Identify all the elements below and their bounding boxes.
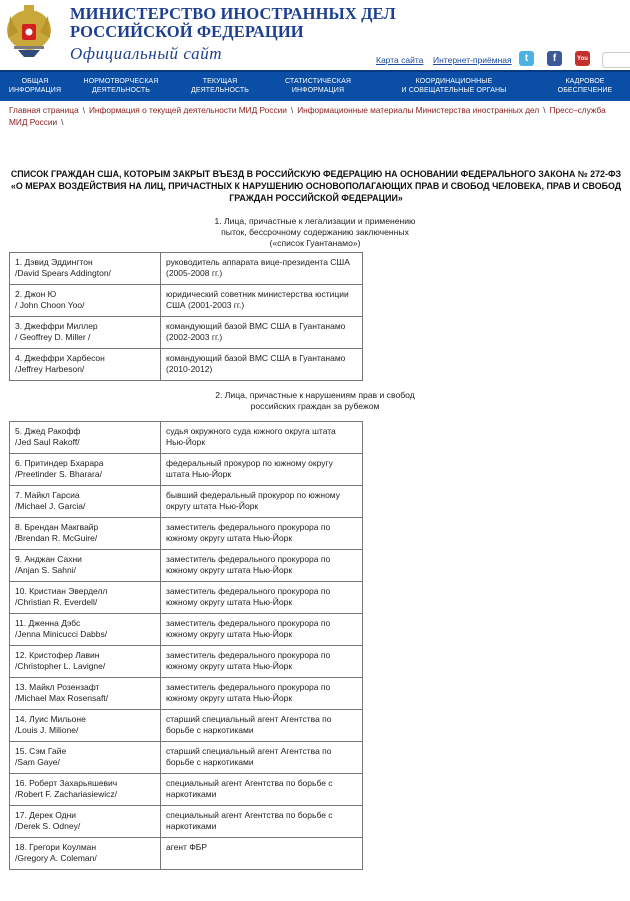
ministry-title[interactable]: МИНИСТЕРСТВО ИНОСТРАННЫХ ДЕЛ РОССИЙСКОЙ … [70,5,396,41]
youtube-icon[interactable]: You [575,51,590,66]
person-name-en: / Geoffrey D. Miller / [15,332,155,343]
person-position-cell: агент ФБР [161,838,363,870]
table-row: 16. Роберт Захарьяшевич/Robert F. Zachar… [10,774,363,806]
person-position-cell: заместитель федерального прокурора по юж… [161,518,363,550]
person-name-en: /Michael J. Garcia/ [15,501,155,512]
person-name-cell: 10. Кристиан Эверделл/Christian R. Everd… [10,582,161,614]
table-row: 8. Брендан Макгвайр/Brendan R. McGuire/з… [10,518,363,550]
main-navigation: ОБЩАЯИНФОРМАЦИЯ НОРМОТВОРЧЕСКАЯДЕЯТЕЛЬНО… [0,70,630,101]
breadcrumb-separator: \ [57,117,67,127]
person-name-en: /Anjan S. Sahni/ [15,565,155,576]
search-input[interactable] [602,52,630,68]
person-position-cell: заместитель федерального прокурора по юж… [161,550,363,582]
person-name-en: /Christian R. Everdell/ [15,597,155,608]
person-name-en: /Jed Saul Rakoff/ [15,437,155,448]
section-1-title: 1. Лица, причастные к легализации и прим… [190,216,440,249]
person-name-cell: 2. Джон Ю/ John Choon Yoo/ [10,285,161,317]
table-row: 7. Майкл Гарсиа/Michael J. Garcia/бывший… [10,486,363,518]
person-name-ru: 13. Майкл Розензафт [15,682,155,693]
guantanamo-list-table: 1. Дэвид Эддингтон/David Spears Addingto… [9,252,363,381]
person-name-en: /Brendan R. McGuire/ [15,533,155,544]
twitter-icon[interactable]: t [519,51,534,66]
person-name-cell: 18. Грегори Коулман/Gregory A. Coleman/ [10,838,161,870]
person-position-cell: командующий базой ВМС США в Гуантанамо (… [161,349,363,381]
person-name-cell: 1. Дэвид Эддингтон/David Spears Addingto… [10,253,161,285]
person-name-ru: 11. Дженна Дэбс [15,618,155,629]
nav-item-personnel[interactable]: КАДРОВОЕОБЕСПЕЧЕНИЕ [540,72,630,101]
site-subtitle: Официальный сайт [70,44,222,64]
person-name-cell: 4. Джеффри Харбесон/Jeffrey Harbeson/ [10,349,161,381]
person-name-en: /Sam Gaye/ [15,757,155,768]
nav-item-statistics[interactable]: СТАТИСТИЧЕСКАЯИНФОРМАЦИЯ [268,72,368,101]
person-name-ru: 7. Майкл Гарсиа [15,490,155,501]
person-name-ru: 14. Луис Мильоне [15,714,155,725]
person-name-ru: 15. Сэм Гайе [15,746,155,757]
person-name-en: /Preetinder S. Bharara/ [15,469,155,480]
person-name-ru: 17. Дерек Одни [15,810,155,821]
person-position-cell: судья окружного суда южного округа штата… [161,422,363,454]
person-name-ru: 8. Брендан Макгвайр [15,522,155,533]
table-row: 3. Джеффри Миллер/ Geoffrey D. Miller /к… [10,317,363,349]
person-position-cell: специальный агент Агентства по борьбе с … [161,806,363,838]
internet-reception-link[interactable]: Интернет-приёмная [433,55,512,65]
person-position-cell: руководитель аппарата вице-президента СШ… [161,253,363,285]
person-name-ru: 5. Джед Ракофф [15,426,155,437]
nav-item-current-activity[interactable]: ТЕКУЩАЯДЕЯТЕЛЬНОСТЬ [172,72,268,101]
document-title: СПИСОК ГРАЖДАН США, КОТОРЫМ ЗАКРЫТ ВЪЕЗД… [10,168,622,204]
table-row: 18. Грегори Коулман/Gregory A. Coleman/а… [10,838,363,870]
person-name-cell: 9. Анджан Сахни/Anjan S. Sahni/ [10,550,161,582]
person-name-en: /Jenna Minicucci Dabbs/ [15,629,155,640]
person-name-ru: 6. Притиндер Бхарара [15,458,155,469]
site-header: МИНИСТЕРСТВО ИНОСТРАННЫХ ДЕЛ РОССИЙСКОЙ … [0,0,630,70]
person-name-ru: 1. Дэвид Эддингтон [15,257,155,268]
breadcrumb-separator: \ [287,105,297,115]
table-row: 12. Кристофер Лавин/Christopher L. Lavig… [10,646,363,678]
nav-item-lawmaking[interactable]: НОРМОТВОРЧЕСКАЯДЕЯТЕЛЬНОСТЬ [70,72,172,101]
table-row: 1. Дэвид Эддингтон/David Spears Addingto… [10,253,363,285]
person-position-cell: заместитель федерального прокурора по юж… [161,582,363,614]
person-name-ru: 18. Грегори Коулман [15,842,155,853]
table-row: 5. Джед Ракофф/Jed Saul Rakoff/судья окр… [10,422,363,454]
person-name-cell: 5. Джед Ракофф/Jed Saul Rakoff/ [10,422,161,454]
person-position-cell: командующий базой ВМС США в Гуантанамо (… [161,317,363,349]
person-position-cell: федеральный прокурор по южному округу шт… [161,454,363,486]
person-name-en: /Derek S. Odney/ [15,821,155,832]
person-name-ru: 10. Кристиан Эверделл [15,586,155,597]
coat-of-arms-icon[interactable] [4,2,54,60]
person-position-cell: заместитель федерального прокурора по юж… [161,646,363,678]
person-name-cell: 16. Роберт Захарьяшевич/Robert F. Zachar… [10,774,161,806]
section-2-title: 2. Лица, причастные к нарушениям прав и … [190,390,440,412]
person-name-en: / John Choon Yoo/ [15,300,155,311]
person-name-en: /Jeffrey Harbeson/ [15,364,155,375]
table-row: 11. Дженна Дэбс/Jenna Minicucci Dabbs/за… [10,614,363,646]
person-position-cell: юридический советник министерства юстици… [161,285,363,317]
person-name-cell: 13. Майкл Розензафт/Michael Max Rosensaf… [10,678,161,710]
person-name-en: /Robert F. Zachariasiewicz/ [15,789,155,800]
table-row: 2. Джон Ю/ John Choon Yoo/юридический со… [10,285,363,317]
person-name-en: /Gregory A. Coleman/ [15,853,155,864]
person-name-cell: 11. Дженна Дэбс/Jenna Minicucci Dabbs/ [10,614,161,646]
rights-violators-table: 5. Джед Ракофф/Jed Saul Rakoff/судья окр… [9,421,363,870]
person-position-cell: старший специальный агент Агентства по б… [161,742,363,774]
person-name-cell: 6. Притиндер Бхарара/Preetinder S. Bhara… [10,454,161,486]
person-position-cell: специальный агент Агентства по борьбе с … [161,774,363,806]
person-name-ru: 2. Джон Ю [15,289,155,300]
person-name-ru: 4. Джеффри Харбесон [15,353,155,364]
person-position-cell: бывший федеральный прокурор по южному ок… [161,486,363,518]
person-name-cell: 7. Майкл Гарсиа/Michael J. Garcia/ [10,486,161,518]
breadcrumb-info-materials[interactable]: Информационные материалы Министерства ин… [297,105,539,115]
breadcrumb-separator: \ [79,105,89,115]
person-position-cell: старший специальный агент Агентства по б… [161,710,363,742]
facebook-icon[interactable]: f [547,51,562,66]
breadcrumb-separator: \ [539,105,549,115]
breadcrumb-home[interactable]: Главная страница [9,105,79,115]
person-name-ru: 3. Джеффри Миллер [15,321,155,332]
person-name-en: /David Spears Addington/ [15,268,155,279]
table-row: 13. Майкл Розензафт/Michael Max Rosensaf… [10,678,363,710]
person-name-ru: 9. Анджан Сахни [15,554,155,565]
person-name-en: /Louis J. Milione/ [15,725,155,736]
table-row: 9. Анджан Сахни/Anjan S. Sahni/заместите… [10,550,363,582]
nav-item-coordination-bodies[interactable]: КООРДИНАЦИОННЫЕИ СОВЕЩАТЕЛЬНЫЕ ОРГАНЫ [368,72,540,101]
person-name-cell: 3. Джеффри Миллер/ Geoffrey D. Miller / [10,317,161,349]
sitemap-link[interactable]: Карта сайта [376,55,423,65]
person-name-cell: 14. Луис Мильоне/Louis J. Milione/ [10,710,161,742]
person-name-cell: 17. Дерек Одни/Derek S. Odney/ [10,806,161,838]
table-row: 15. Сэм Гайе/Sam Gaye/старший специальны… [10,742,363,774]
person-name-ru: 12. Кристофер Лавин [15,650,155,661]
person-name-ru: 16. Роберт Захарьяшевич [15,778,155,789]
table-row: 6. Притиндер Бхарара/Preetinder S. Bhara… [10,454,363,486]
person-name-en: /Christopher L. Lavigne/ [15,661,155,672]
table-row: 10. Кристиан Эверделл/Christian R. Everd… [10,582,363,614]
person-position-cell: заместитель федерального прокурора по юж… [161,678,363,710]
person-name-cell: 8. Брендан Макгвайр/Brendan R. McGuire/ [10,518,161,550]
person-position-cell: заместитель федерального прокурора по юж… [161,614,363,646]
person-name-en: /Michael Max Rosensaft/ [15,693,155,704]
person-name-cell: 15. Сэм Гайе/Sam Gaye/ [10,742,161,774]
table-row: 14. Луис Мильоне/Louis J. Milione/старши… [10,710,363,742]
breadcrumb: Главная страница\Информация о текущей де… [9,104,619,128]
breadcrumb-current-activity[interactable]: Информация о текущей деятельности МИД Ро… [89,105,287,115]
nav-item-general-info[interactable]: ОБЩАЯИНФОРМАЦИЯ [0,72,70,101]
table-row: 17. Дерек Одни/Derek S. Odney/специальны… [10,806,363,838]
table-row: 4. Джеффри Харбесон/Jeffrey Harbeson/ком… [10,349,363,381]
person-name-cell: 12. Кристофер Лавин/Christopher L. Lavig… [10,646,161,678]
